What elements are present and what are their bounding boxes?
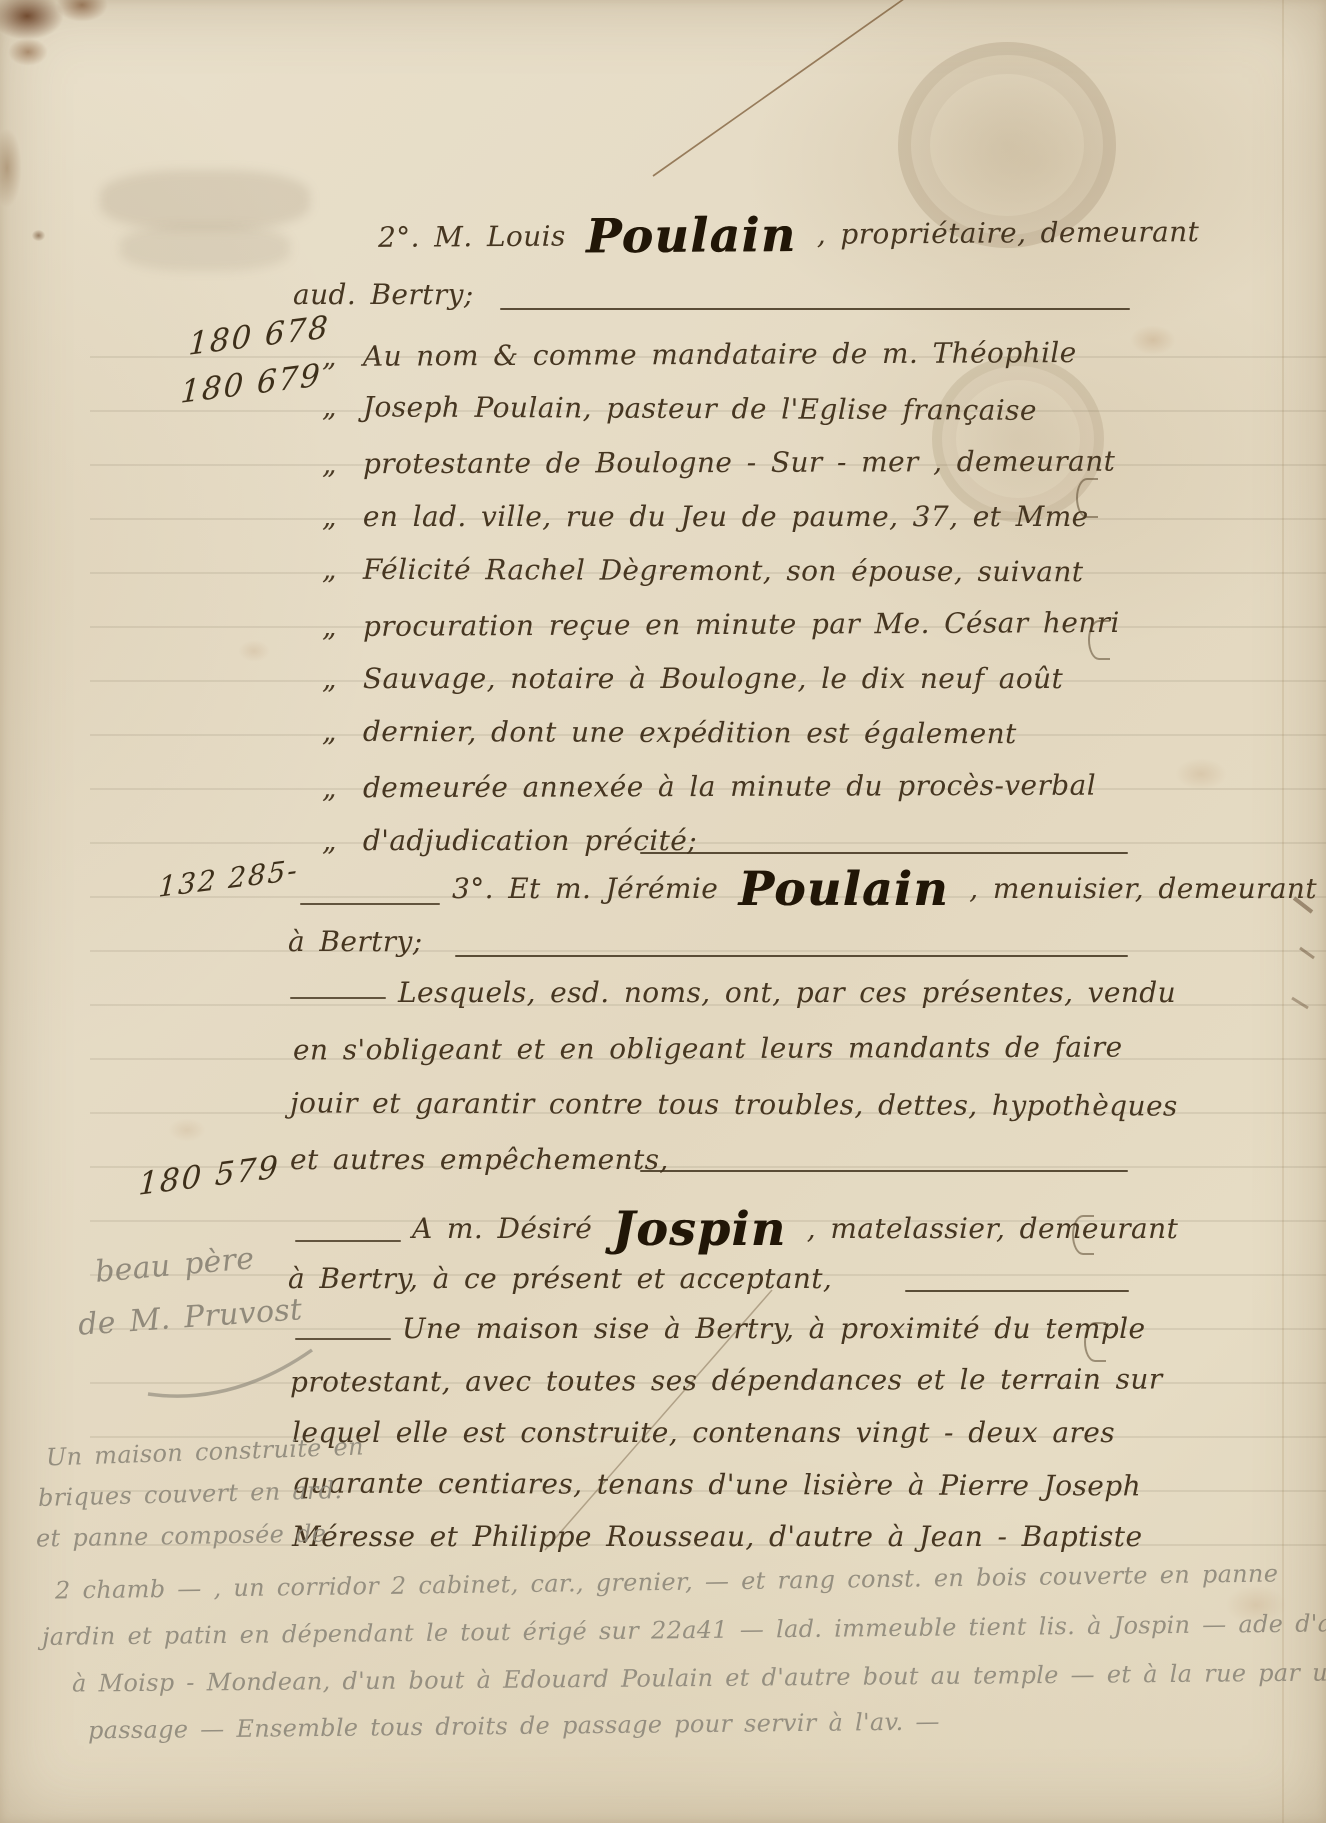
quote-mark: „	[322, 662, 337, 696]
margin-number: 180 579	[138, 1149, 281, 1203]
quoted-text: en lad. ville, rue du Jeu de paume, 37, …	[363, 500, 1089, 533]
pencil-flourish	[148, 1350, 312, 1396]
manuscript-line: aud. Bertry;	[293, 278, 474, 312]
buyer-pre: A m. Désiré	[412, 1212, 592, 1245]
party2-pre: 2°. M. Louis	[378, 220, 566, 254]
ink-rule	[905, 1290, 1129, 1292]
margin-number: 180 678	[188, 309, 331, 363]
quote-mark: „	[322, 610, 337, 644]
fox-spot	[1130, 325, 1176, 355]
quote-mark: „	[322, 500, 337, 534]
manuscript-line: quarante centiares, tenans d'une lisière…	[292, 1467, 1141, 1504]
quote-mark: „	[322, 771, 337, 805]
fox-spot	[168, 1118, 206, 1142]
party3-post: , menuisier, demeurant	[969, 872, 1317, 905]
manuscript-line-party2: 2°. M. Louis Poulain , propriétaire, dem…	[378, 215, 1199, 255]
embossed-seal	[932, 356, 1104, 522]
manuscript-line-quoted: „Au nom & comme mandataire de m. Théophi…	[322, 336, 1077, 374]
ink-dash	[300, 903, 440, 905]
party2-post: , propriétaire, demeurant	[817, 215, 1200, 251]
manuscript-line: en s'obligeant et en obligeant leurs man…	[293, 1031, 1123, 1068]
pencil-note: de M. Pruvost	[77, 1292, 303, 1343]
quoted-text: Au nom & comme mandataire de m. Théophil…	[363, 336, 1077, 373]
manuscript-line-quoted: „procuration reçue en minute par Me. Cés…	[322, 606, 1120, 644]
bleedthrough-ghost	[100, 170, 310, 230]
manuscript-line: Une maison sise à Bertry, à proximité du…	[402, 1312, 1146, 1346]
ink-dash	[290, 997, 386, 999]
manuscript-line: lequel elle est construite, contenans vi…	[292, 1416, 1115, 1450]
manuscript-line: Lesquels, esd. noms, ont, par ces présen…	[398, 976, 1176, 1010]
manuscript-line: Méresse et Philippe Rousseau, d'autre à …	[292, 1520, 1142, 1554]
manuscript-line: à Bertry, à ce présent et acceptant,	[288, 1262, 832, 1296]
manuscript-line: et autres empêchements,	[290, 1143, 669, 1177]
pencil-bottom-note: à Moisp - Mondean, d'un bout à Edouard P…	[72, 1658, 1326, 1697]
quoted-text: Joseph Poulain, pasteur de l'Eglise fran…	[363, 390, 1037, 427]
party2-name: Poulain	[586, 208, 797, 264]
manuscript-line: jouir et garantir contre tous troubles, …	[290, 1086, 1178, 1123]
ink-dash	[295, 1338, 391, 1340]
quoted-text: Sauvage, notaire à Boulogne, le dix neuf…	[363, 662, 1063, 695]
manuscript-line-quoted: „Félicité Rachel Dègremont, son épouse, …	[322, 553, 1084, 590]
margin-number: 132 285-	[158, 853, 300, 904]
quote-mark: „	[322, 340, 337, 374]
party3-name: Poulain	[739, 862, 949, 917]
quote-mark: „	[322, 553, 337, 587]
quote-mark: „	[322, 447, 337, 481]
ink-rule	[500, 308, 1130, 310]
ink-spot	[32, 230, 45, 241]
fox-spot	[238, 640, 270, 662]
pencil-bottom-note: jardin et patin en dépendant le tout éri…	[42, 1609, 1326, 1651]
quoted-text: protestante de Boulogne - Sur - mer , de…	[363, 445, 1116, 481]
margin-number: 180 679	[180, 357, 323, 411]
party3-pre: 3°. Et m. Jérémie	[452, 872, 718, 905]
manuscript-line: à Bertry;	[288, 925, 423, 959]
buyer-name: Jospin	[612, 1202, 786, 1257]
quote-mark: „	[322, 390, 337, 424]
pencil-margin-note: briques couvert en ard.	[38, 1476, 343, 1512]
ink-rule	[455, 955, 1128, 957]
manuscript-line-quoted: „Joseph Poulain, pasteur de l'Eglise fra…	[322, 390, 1037, 428]
manuscript-line-quoted: „protestante de Boulogne - Sur - mer , d…	[322, 445, 1115, 482]
ink-dash	[295, 1240, 401, 1242]
quoted-text: dernier, dont une expédition est égaleme…	[363, 715, 1017, 750]
edge-stain	[0, 128, 22, 208]
manuscript-line-party3: 3°. Et m. Jérémie Poulain , menuisier, d…	[452, 872, 1317, 906]
manuscript-line-quoted: „dernier, dont une expédition est égalem…	[322, 715, 1017, 751]
quoted-text: demeurée annexée à la minute du procès-v…	[363, 769, 1096, 805]
pencil-bottom-note: 2 chamb — , un corridor 2 cabinet, car.,…	[55, 1559, 1279, 1604]
corner-stain	[0, 0, 64, 40]
buyer-post: , matelassier, demeurant	[807, 1212, 1179, 1245]
manuscript-line-quoted: „en lad. ville, rue du Jeu de paume, 37,…	[322, 500, 1089, 534]
fox-spot	[1175, 758, 1227, 790]
manuscript-line: protestant, avec toutes ses dépendances …	[290, 1362, 1163, 1399]
bleedthrough-ghost	[120, 225, 290, 271]
manuscript-line-buyer: A m. Désiré Jospin , matelassier, demeur…	[412, 1212, 1178, 1246]
ink-rule	[640, 852, 1128, 854]
manuscript-line-quoted: „demeurée annexée à la minute du procès-…	[322, 769, 1096, 806]
corner-stain	[8, 38, 48, 66]
quote-mark: „	[322, 715, 337, 749]
quoted-text: procuration reçue en minute par Me. Césa…	[363, 606, 1120, 643]
manuscript-line-quoted: „Sauvage, notaire à Boulogne, le dix neu…	[322, 662, 1063, 696]
quoted-text: Félicité Rachel Dègremont, son épouse, s…	[363, 553, 1084, 589]
pencil-note: beau père	[94, 1241, 256, 1290]
quote-mark: „	[322, 824, 337, 858]
manuscript-page: 2°. M. Louis Poulain , propriétaire, dem…	[0, 0, 1326, 1823]
pencil-margin-note: et panne composée de	[36, 1519, 327, 1552]
corner-stain	[56, 0, 108, 22]
pencil-bottom-note: passage — Ensemble tous droits de passag…	[88, 1708, 940, 1745]
ink-rule	[640, 1170, 1128, 1172]
